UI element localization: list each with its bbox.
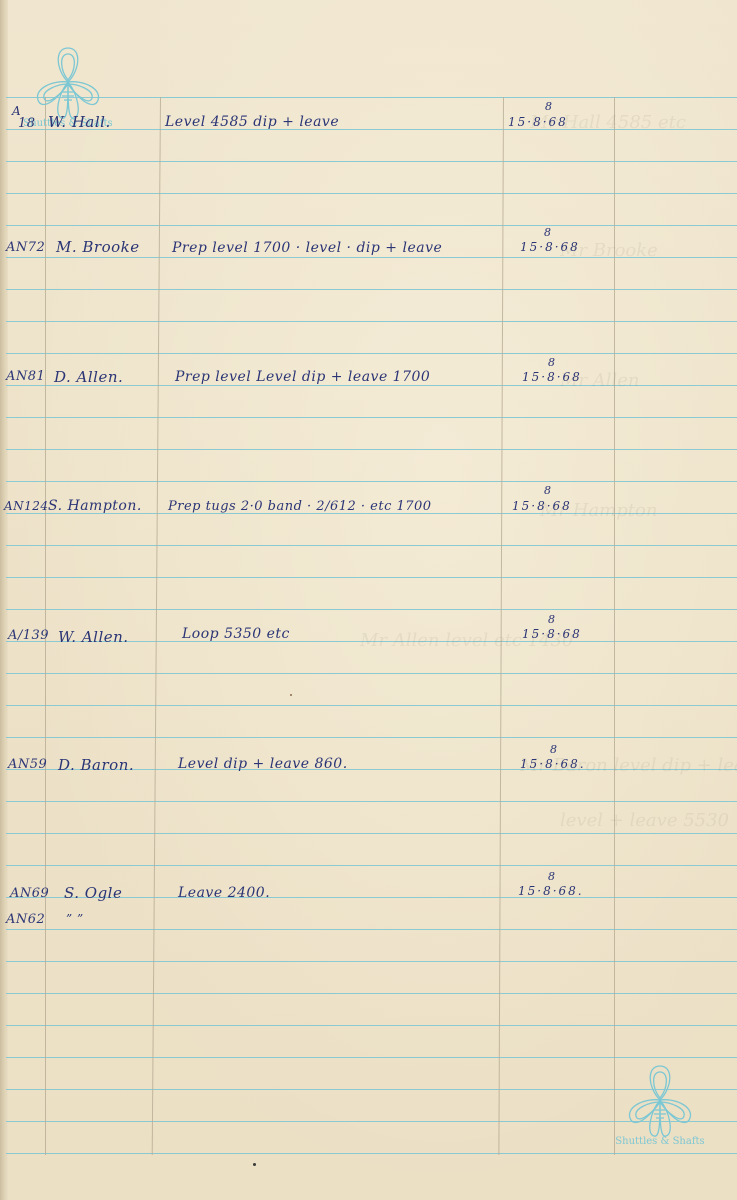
entry-ref: AN81 — [6, 369, 45, 384]
entry-name: S. Hampton. — [48, 498, 142, 514]
ruled-line — [6, 961, 737, 962]
entry-date-superscript: 8 — [545, 100, 552, 113]
ledger-page: Mr Hall 4585 etc Mr Brooke Mr Allen Mr H… — [0, 0, 737, 1200]
ruled-line — [6, 993, 737, 994]
watermark-bottom: Shuttles & Shafts — [614, 1060, 706, 1147]
entry-ref: AN59 — [8, 757, 47, 772]
ruled-line — [6, 801, 737, 802]
ruled-line — [6, 865, 737, 866]
ruled-line — [6, 609, 737, 610]
column-divider-name — [152, 97, 161, 1155]
paper-speck — [253, 1163, 256, 1166]
ruled-line — [6, 161, 737, 162]
entry-date-superscript: 8 — [548, 356, 555, 369]
ruled-line — [6, 705, 737, 706]
entry-date: 15·8·68 — [520, 240, 580, 254]
ruled-line — [6, 833, 737, 834]
entry-description: Prep level 1700 · level · dip + leave — [172, 240, 442, 256]
celtic-knot-icon — [620, 1060, 700, 1140]
entry-date-superscript: 8 — [548, 613, 555, 626]
entry-description: Prep level Level dip + leave 1700 — [175, 369, 430, 385]
ruled-line — [6, 545, 737, 546]
ruled-line — [6, 417, 737, 418]
column-divider-ref — [45, 97, 46, 1155]
entry-description: Level 4585 dip + leave — [165, 114, 339, 130]
entry-name: W. Hall. — [48, 113, 111, 131]
ruled-line — [6, 353, 737, 354]
bleed-through-text: level + leave 5530 — [560, 810, 729, 831]
entry-name: D. Allen. — [54, 368, 123, 386]
entry-date-superscript: 8 — [548, 870, 555, 883]
paper-speck — [290, 694, 292, 696]
entry-date: 15·8·68 — [508, 115, 568, 129]
entry-description: Prep tugs 2·0 band · 2/612 · etc 1700 — [168, 499, 432, 514]
binding-edge — [0, 0, 8, 1200]
ruled-line — [6, 289, 737, 290]
ruled-line — [6, 1153, 737, 1154]
ruled-line — [6, 481, 737, 482]
entry-description: Loop 5350 etc — [182, 626, 290, 642]
ruled-line — [6, 737, 737, 738]
entry-ref: AN69 — [10, 886, 49, 901]
entry-name-ditto: ” ” — [66, 912, 84, 926]
entry-date: 15·8·68 — [522, 370, 582, 384]
ruled-line — [6, 97, 737, 98]
entry-name: D. Baron. — [58, 756, 134, 774]
entry-ref: 18 — [18, 116, 36, 131]
ruled-line — [6, 1057, 737, 1058]
entry-date-superscript: 8 — [544, 484, 551, 497]
entry-description: Level dip + leave 860. — [178, 756, 348, 772]
ruled-line — [6, 193, 737, 194]
ruled-line — [6, 449, 737, 450]
entry-date: 15·8·68 — [512, 499, 572, 513]
entry-date-superscript: 8 — [550, 743, 557, 756]
ruled-line — [6, 1025, 737, 1026]
entry-date: 15·8·68 — [522, 627, 582, 641]
entry-name: W. Allen. — [58, 628, 129, 646]
watermark-text: Shuttles & Shafts — [614, 1136, 706, 1147]
ruled-line — [6, 673, 737, 674]
entry-ref: AN62 — [6, 912, 45, 927]
entry-ref: AN72 — [6, 240, 45, 255]
entry-date: 15·8·68. — [518, 884, 584, 898]
entry-ref: AN124 — [4, 499, 49, 513]
ruled-line — [6, 929, 737, 930]
celtic-knot-icon — [28, 42, 108, 122]
entry-name: S. Ogle — [64, 884, 122, 902]
entry-ref: A/139 — [8, 628, 49, 643]
ruled-line — [6, 321, 737, 322]
ruled-line — [6, 577, 737, 578]
entry-name: M. Brooke — [56, 238, 140, 256]
entry-date: 15·8·68. — [520, 757, 586, 771]
entry-description: Leave 2400. — [178, 885, 270, 901]
entry-date-superscript: 8 — [544, 226, 551, 239]
column-divider-description — [498, 97, 504, 1155]
ruled-line — [6, 225, 737, 226]
